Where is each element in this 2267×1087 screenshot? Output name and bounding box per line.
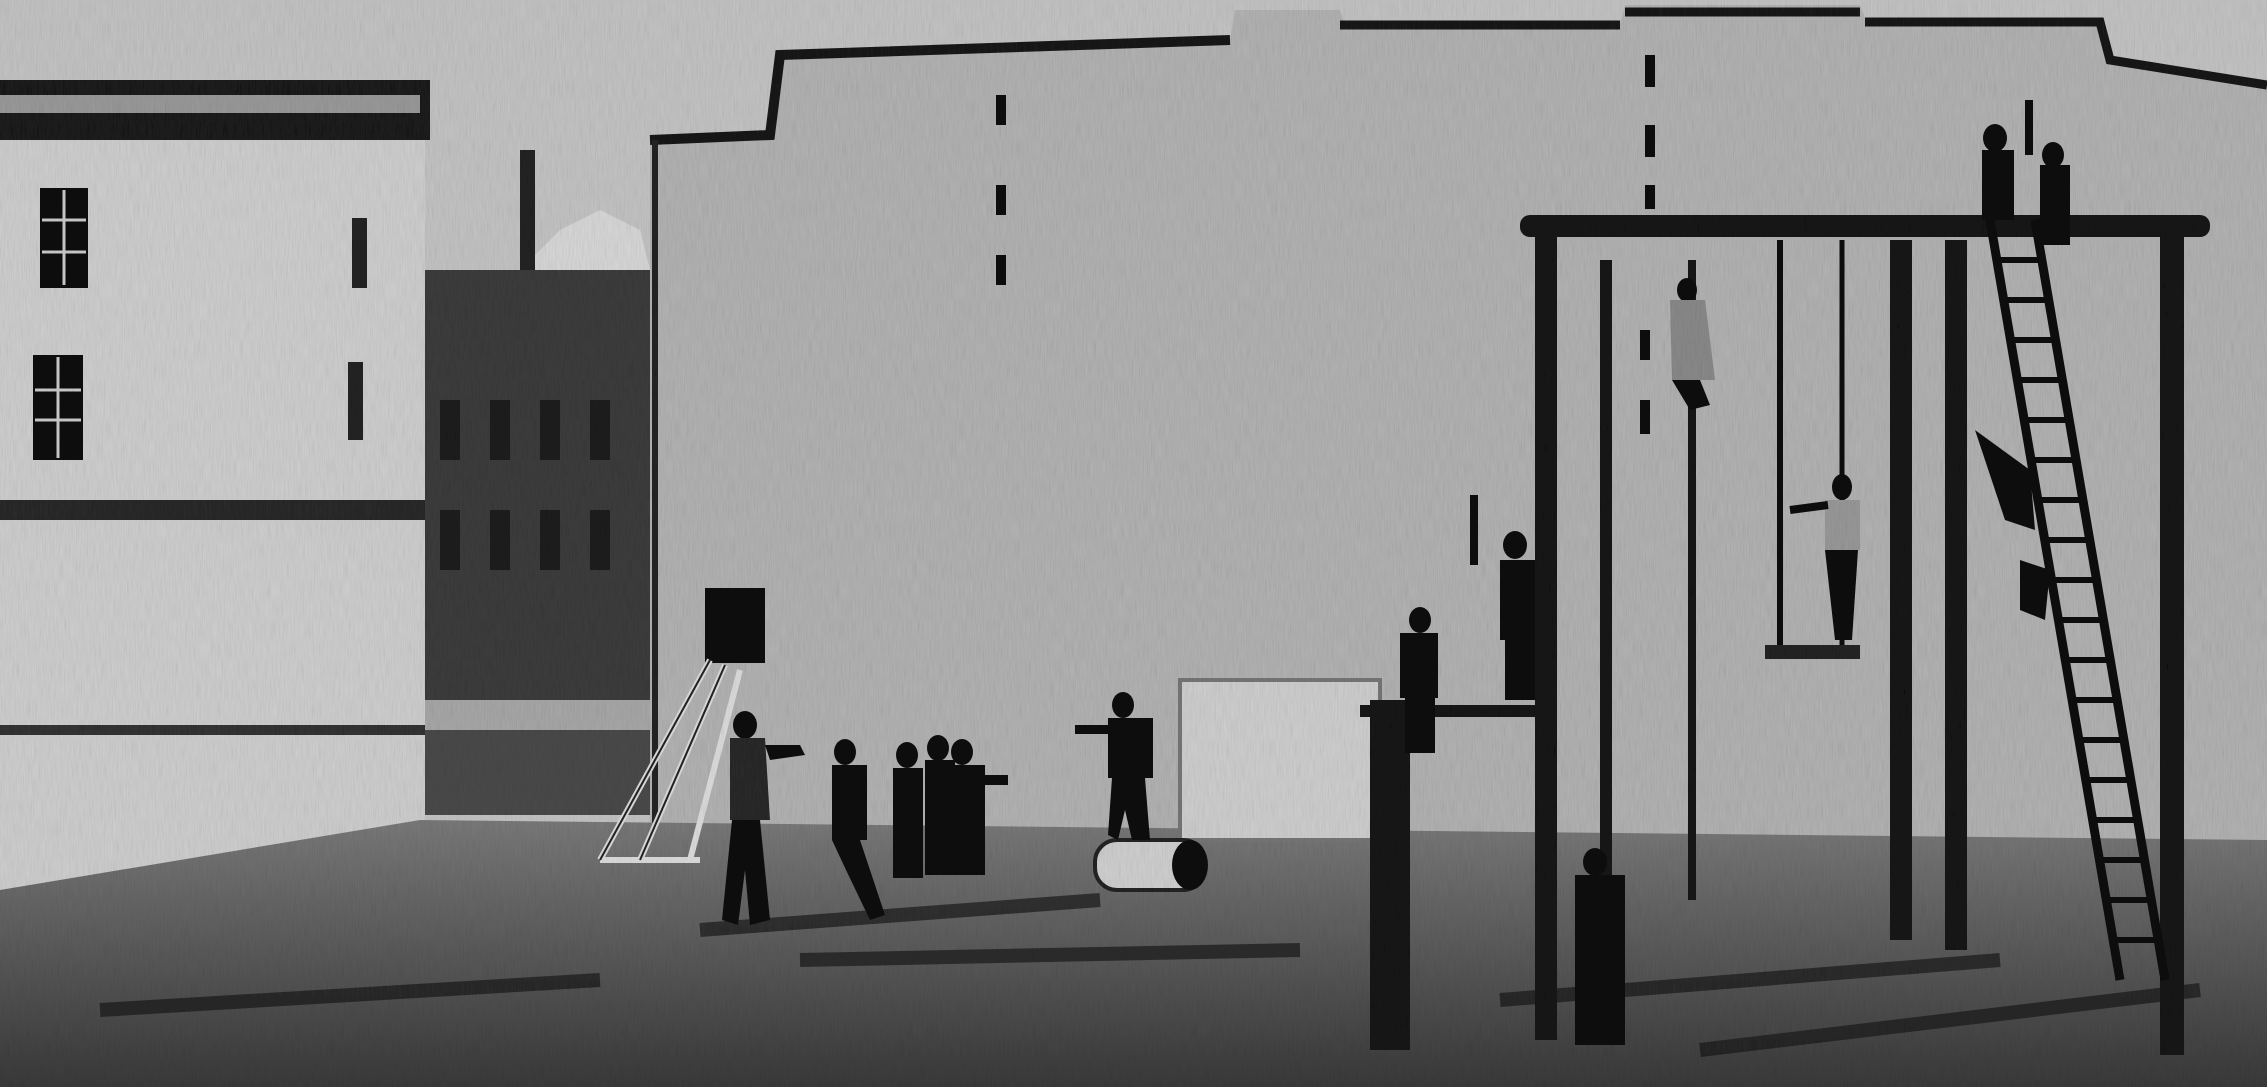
adult-standing bbox=[1575, 848, 1625, 1045]
window-narrow bbox=[348, 362, 363, 440]
window bbox=[33, 355, 83, 460]
barrel bbox=[1095, 840, 1208, 890]
building-left bbox=[0, 80, 430, 890]
window-narrow bbox=[352, 218, 367, 288]
scene bbox=[0, 0, 2267, 1087]
goal-frame bbox=[1180, 680, 1380, 840]
window bbox=[40, 188, 88, 288]
